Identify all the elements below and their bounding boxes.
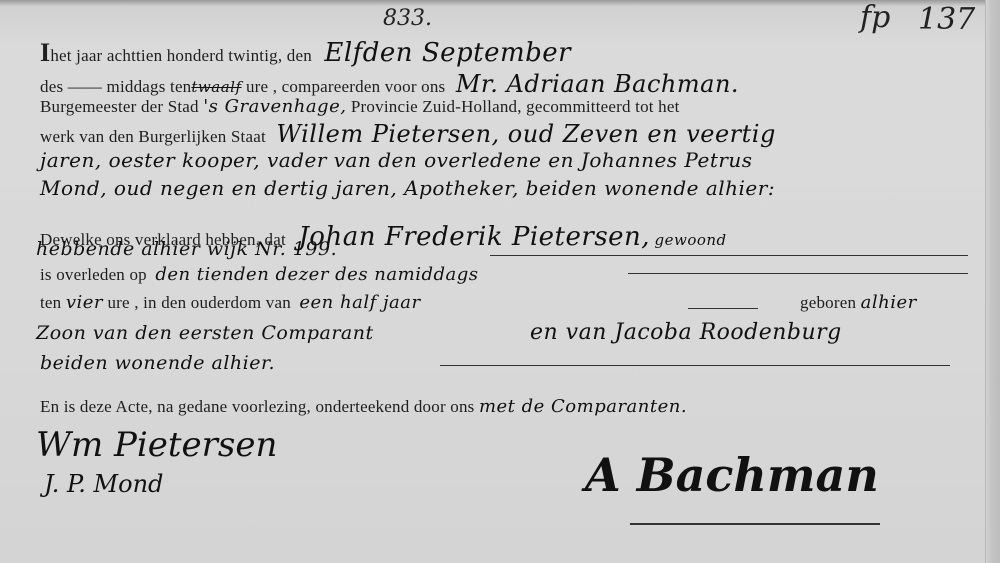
line-6-handwritten: Mond, oud negen en dertig jaren, Apothek… [40,176,775,200]
signature-mayor: A Bachman [585,448,879,502]
city-handwritten: 's Gravenhage, [203,96,346,117]
line-13-print: En is deze Acte, na gedane voorlezing, o… [40,397,475,416]
document-scan: 833. fp 137 Ihet jaar achttien honderd t… [0,0,1000,563]
page-binding-edge [985,0,1000,563]
line-11-handwritten: Zoon van den eersten Comparant [36,322,374,344]
page-top-edge [0,0,1000,6]
folio-mark: fp [860,0,890,35]
signature-witness: J. P. Mond [44,470,163,498]
date-handwritten: Elfden September [324,38,571,68]
filler-rule [628,273,968,274]
line-13: En is deze Acte, na gedane voorlezing, o… [40,396,687,417]
death-date-handwritten: den tienden dezer des namiddags [155,264,478,285]
declarant-handwritten: Willem Pietersen, oud Zeven en veertig [276,120,775,148]
line-2-print-a: des —— middags ten [40,77,191,96]
death-hour-handwritten: vier [66,292,103,313]
line-1-print: het jaar achttien honderd twintig, den [50,46,312,65]
mayor-name-handwritten: Mr. Adriaan Bachman. [456,70,739,98]
underline-rule [490,255,968,256]
line-1: Ihet jaar achttien honderd twintig, den … [40,38,571,68]
age-handwritten: een half jaar [299,292,420,313]
mother-name-handwritten: en van Jacoba Roodenburg [530,320,842,345]
birthplace-handwritten: alhier [861,292,917,313]
line-9-print: is overleden op [40,265,147,284]
line-7-tail: gewoond [655,231,727,249]
signature-flourish [630,523,880,525]
line-3: Burgemeester der Stad 's Gravenhage, Pro… [40,96,680,117]
folio-number: 137 [918,2,975,37]
record-number: 833. [383,6,432,31]
line-12-handwritten: beiden wonende alhier. [40,352,275,374]
deceased-name-handwritten: Johan Frederik Pietersen, [298,222,650,252]
line-10-print-a: ten [40,293,61,312]
struck-hour: twaalf [191,78,241,96]
line-3-print-b: Provincie Zuid-Holland, gecommitteerd to… [351,97,680,116]
line-5-handwritten: jaren, oester kooper, vader van den over… [40,148,753,172]
line-10: ten vier ure , in den ouderdom van een h… [40,292,421,313]
underline-rule-2 [440,365,950,366]
line-3-print-a: Burgemeester der Stad [40,97,199,116]
line-2: des —— middags tentwaalf ure , compareer… [40,70,739,98]
filler-rule-2 [688,308,758,309]
line-4: werk van den Burgerlijken Staat Willem P… [40,120,776,148]
line-10-print-c: geboren [800,293,856,312]
line-13-handwritten: met de Comparanten. [479,396,687,417]
signature-father: Wm Pietersen [36,425,277,465]
line-10-print-b: ure , in den ouderdom van [107,293,290,312]
line-9: is overleden op den tienden dezer des na… [40,264,478,285]
line-2-print-b: ure , compareerden voor ons [246,77,445,96]
drop-initial: I [40,38,50,67]
line-8-handwritten: hebbende alhier wijk Nr. 199. [36,238,337,260]
line-10-right: geboren alhier [800,292,917,313]
line-4-print: werk van den Burgerlijken Staat [40,127,266,146]
